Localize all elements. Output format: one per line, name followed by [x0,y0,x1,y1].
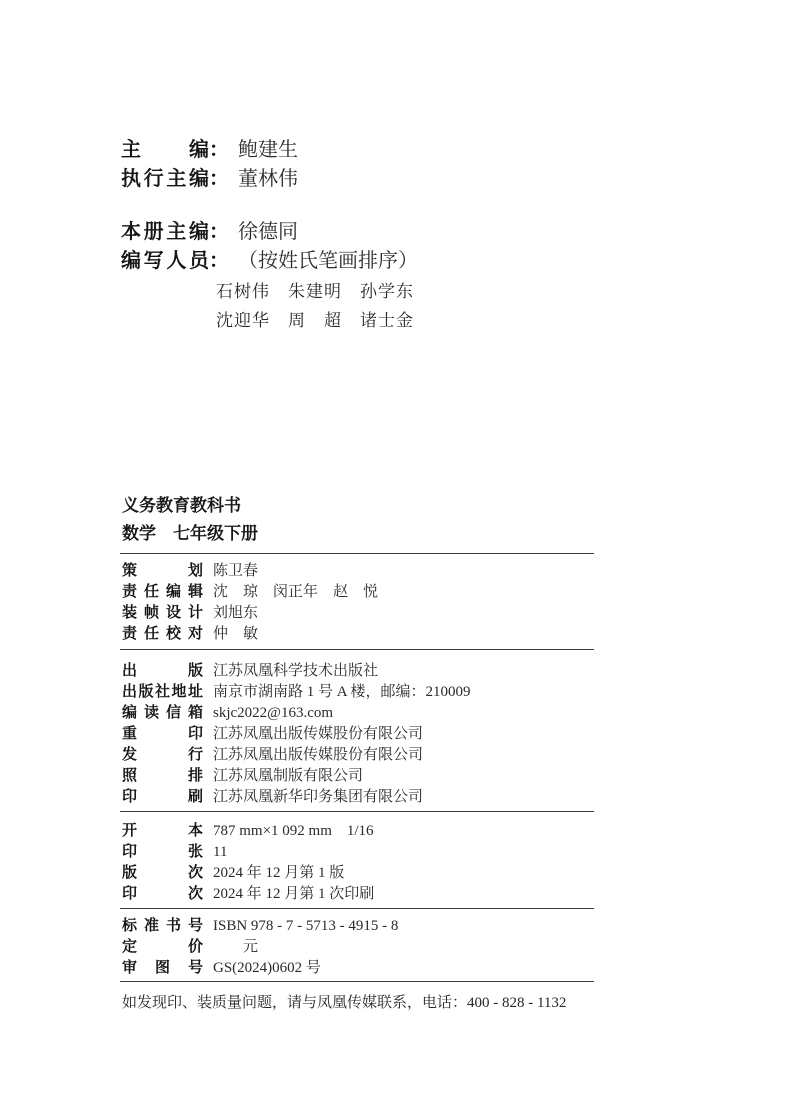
quality-contact-note: 如发现印、装质量问题，请与凤凰传媒联系，电话：400 - 828 - 1132 [122,993,594,1013]
info-value: 江苏凤凰出版传媒股份有限公司 [213,745,423,766]
section-format: 开本 787 mm×1 092 mm 1/16 印张 11 版次 2024 年 … [120,812,594,908]
info-label: 出版 [122,660,203,681]
row-typesetting: 照排 江苏凤凰制版有限公司 [120,765,594,786]
row-volume-chief-editor: 本册主编： 徐德同 [121,218,418,247]
top-credits-block: 主编： 鲍建生 执行主编： 董林伟 本册主编： 徐德同 编写人员： （按姓氏笔画… [121,136,418,335]
row-format-size: 开本 787 mm×1 092 mm 1/16 [120,820,594,841]
row-publisher: 出版 江苏凤凰科学技术出版社 [120,660,594,681]
credit-colon: ： [209,247,229,276]
info-value: GS(2024)0602 号 [213,958,321,979]
info-value: 刘旭东 [213,603,258,624]
info-value: 江苏凤凰新华印务集团有限公司 [213,787,423,808]
info-label: 印次 [122,883,203,904]
info-label: 责任校对 [122,623,203,644]
credit-label: 本册主编 [121,218,209,247]
credit-colon: ： [209,136,229,165]
credit-colon: ： [209,165,229,194]
section-publishing: 出版 江苏凤凰科学技术出版社 出版社地址 南京市湖南路 1 号 A 楼，邮编：2… [120,650,594,811]
row-compilers: 编写人员： （按姓氏笔画排序） [121,247,418,276]
info-value: 11 [213,842,227,863]
info-value: 江苏凤凰出版传媒股份有限公司 [213,724,423,745]
section-identifiers: 标准书号 ISBN 978 - 7 - 5713 - 4915 - 8 定价 元… [120,909,594,981]
info-label: 审图号 [122,957,203,978]
row-chief-editor: 主编： 鲍建生 [121,136,418,165]
row-duty-editors: 责任编辑 沈 琼 闵正年 赵 悦 [120,581,594,602]
info-label: 策划 [122,560,203,581]
info-label: 装帧设计 [122,602,203,623]
contributor-line: 沈迎华 周 超 诸士金 [216,306,418,335]
info-label: 照排 [122,765,203,786]
info-label: 版次 [122,862,203,883]
row-printed-sheets: 印张 11 [120,841,594,862]
colophon-info: 策划 陈卫春 责任编辑 沈 琼 闵正年 赵 悦 装帧设计 刘旭东 责任校对 仲 … [120,553,594,1013]
row-reprint: 重印 江苏凤凰出版传媒股份有限公司 [120,723,594,744]
info-label: 印刷 [122,786,203,807]
divider-rule [120,981,594,982]
info-value: 南京市湖南路 1 号 A 楼，邮编：210009 [213,682,471,703]
row-map-approval: 审图号 GS(2024)0602 号 [120,957,594,978]
row-impression: 印次 2024 年 12 月第 1 次印刷 [120,883,594,904]
info-value: 2024 年 12 月第 1 次印刷 [213,884,374,905]
info-label: 编读信箱 [122,702,203,723]
row-executive-chief-editor: 执行主编： 董林伟 [121,165,418,194]
info-value: 沈 琼 闵正年 赵 悦 [213,582,378,603]
row-planner: 策划 陈卫春 [120,560,594,581]
info-label: 定价 [122,936,203,957]
volume-credits-block: 本册主编： 徐德同 编写人员： （按姓氏笔画排序） 石树伟 朱建明 孙学东 沈迎… [121,218,418,335]
book-title: 数学 七年级下册 [122,520,258,548]
book-header: 义务教育教科书 数学 七年级下册 [122,492,258,548]
credit-value: 董林伟 [238,165,298,194]
contributor-list: 石树伟 朱建明 孙学东 沈迎华 周 超 诸士金 [216,277,418,335]
info-label: 责任编辑 [122,581,203,602]
row-price: 定价 元 [120,936,594,957]
info-value: ISBN 978 - 7 - 5713 - 4915 - 8 [213,916,398,937]
credit-value: 鲍建生 [238,136,298,165]
contributor-line: 石树伟 朱建明 孙学东 [216,277,418,306]
book-series-title: 义务教育教科书 [122,492,258,520]
row-proofreader: 责任校对 仲 敏 [120,623,594,644]
credit-value: 徐德同 [238,218,298,247]
info-label: 印张 [122,841,203,862]
credit-label: 主编 [121,136,209,165]
info-value: 787 mm×1 092 mm 1/16 [213,821,374,842]
row-printing: 印刷 江苏凤凰新华印务集团有限公司 [120,786,594,807]
info-label: 出版社地址 [122,681,203,702]
section-editorial: 策划 陈卫春 责任编辑 沈 琼 闵正年 赵 悦 装帧设计 刘旭东 责任校对 仲 … [120,554,594,649]
credit-label: 执行主编 [121,165,209,194]
row-edition: 版次 2024 年 12 月第 1 版 [120,862,594,883]
info-value: 陈卫春 [213,561,258,582]
info-label: 开本 [122,820,203,841]
colophon-page: 主编： 鲍建生 执行主编： 董林伟 本册主编： 徐德同 编写人员： （按姓氏笔画… [0,0,801,1116]
row-binding-design: 装帧设计 刘旭东 [120,602,594,623]
info-value: 2024 年 12 月第 1 版 [213,863,344,884]
info-value: 江苏凤凰制版有限公司 [213,766,363,787]
row-reader-mailbox: 编读信箱 skjc2022@163.com [120,702,594,723]
info-value: skjc2022@163.com [213,703,333,724]
credit-colon: ： [209,218,229,247]
credit-label: 编写人员 [121,247,209,276]
info-label: 重印 [122,723,203,744]
info-label: 发行 [122,744,203,765]
credit-value: （按姓氏笔画排序） [238,247,418,276]
info-value: 仲 敏 [213,624,258,645]
info-value: 江苏凤凰科学技术出版社 [213,661,378,682]
info-label: 标准书号 [122,915,203,936]
row-isbn: 标准书号 ISBN 978 - 7 - 5713 - 4915 - 8 [120,915,594,936]
info-value: 元 [213,937,258,958]
row-distribution: 发行 江苏凤凰出版传媒股份有限公司 [120,744,594,765]
row-publisher-address: 出版社地址 南京市湖南路 1 号 A 楼，邮编：210009 [120,681,594,702]
